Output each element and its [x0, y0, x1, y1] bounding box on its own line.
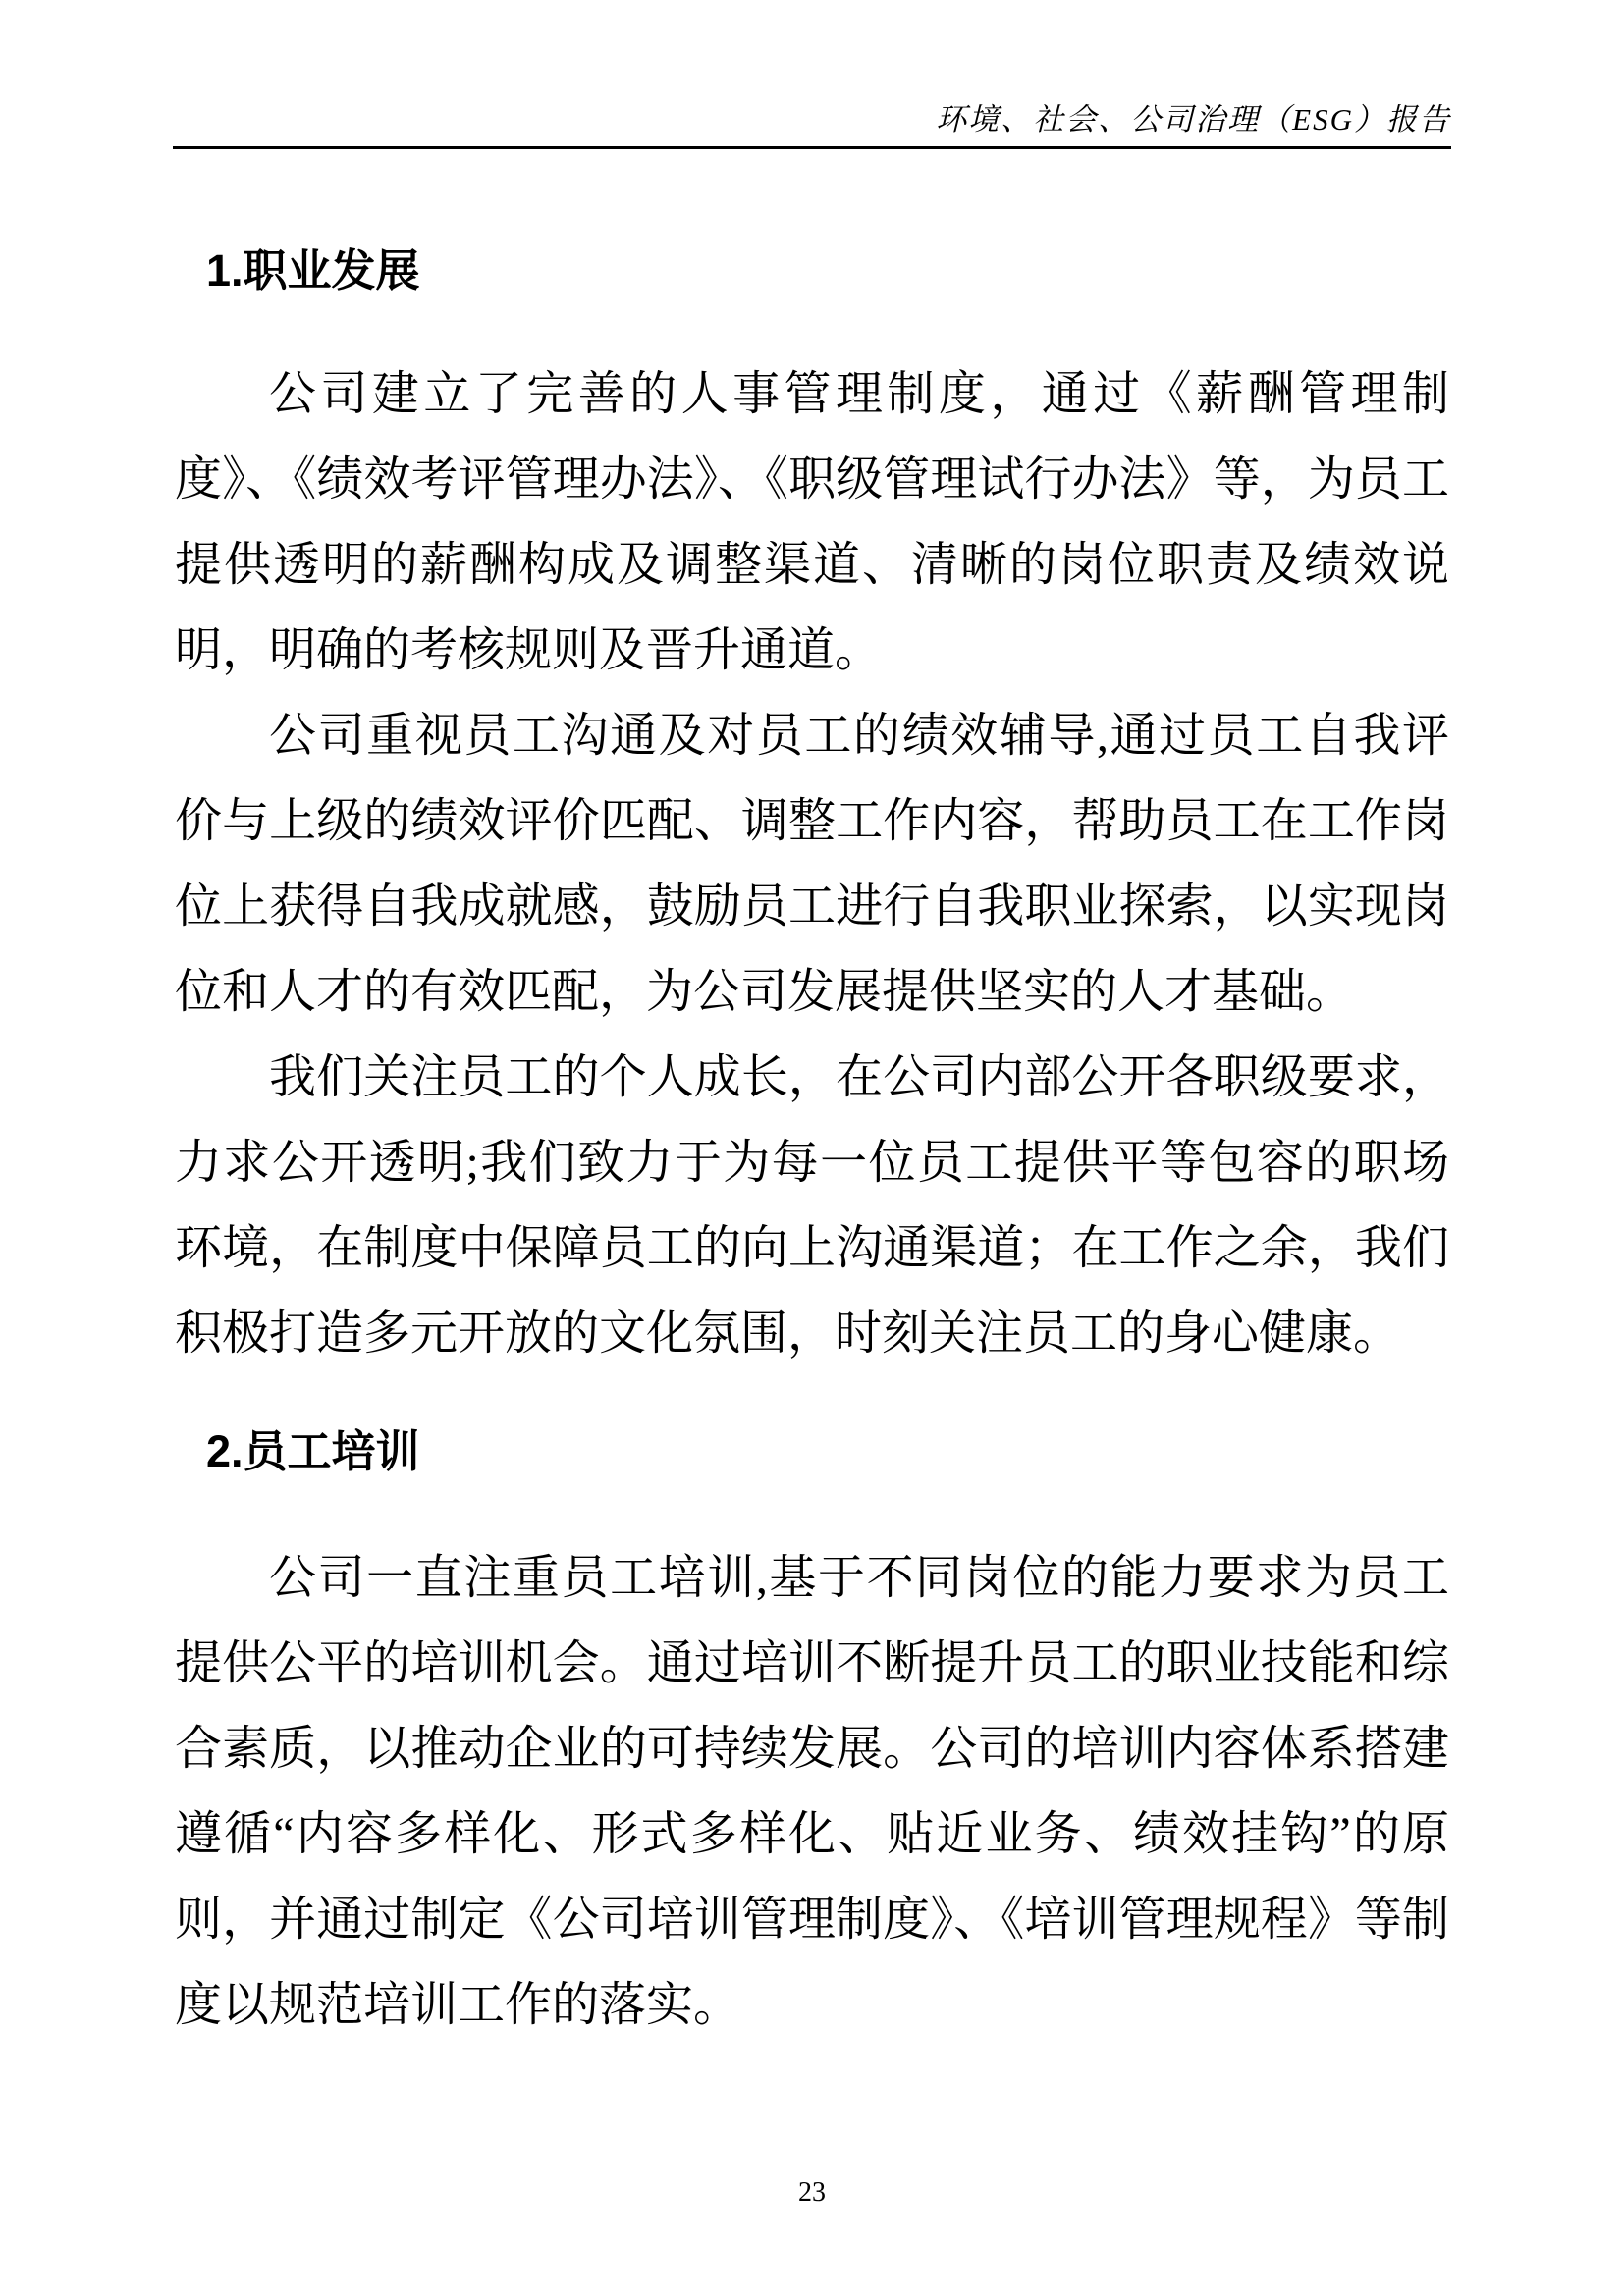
paragraph: 公司一直注重员工培训,基于不同岗位的能力要求为员工提供公平的培训机会。通过培训不… [175, 1535, 1449, 2048]
document-body: 1.职业发展 公司建立了完善的人事管理制度，通过《薪酬管理制度》、《绩效考评管理… [175, 246, 1449, 2048]
page-number: 23 [798, 2177, 826, 2208]
paragraph: 我们关注员工的个人成长，在公司内部公开各职级要求，力求公开透明;我们致力于为每一… [175, 1035, 1449, 1376]
section-heading-career-development: 1.职业发展 [175, 246, 1449, 295]
paragraph: 公司重视员工沟通及对员工的绩效辅导,通过员工自我评价与上级的绩效评价匹配、调整工… [175, 693, 1449, 1035]
header-title: 环境、社会、公司治理（ESG）报告 [936, 102, 1451, 136]
paragraph: 公司建立了完善的人事管理制度，通过《薪酬管理制度》、《绩效考评管理办法》、《职级… [175, 351, 1449, 693]
page-header: 环境、社会、公司治理（ESG）报告 [173, 0, 1451, 149]
section-heading-employee-training: 2.员工培训 [175, 1427, 1449, 1476]
document-page: 环境、社会、公司治理（ESG）报告 1.职业发展 公司建立了完善的人事管理制度，… [0, 0, 1624, 2296]
page-footer: 23 [0, 2177, 1624, 2209]
